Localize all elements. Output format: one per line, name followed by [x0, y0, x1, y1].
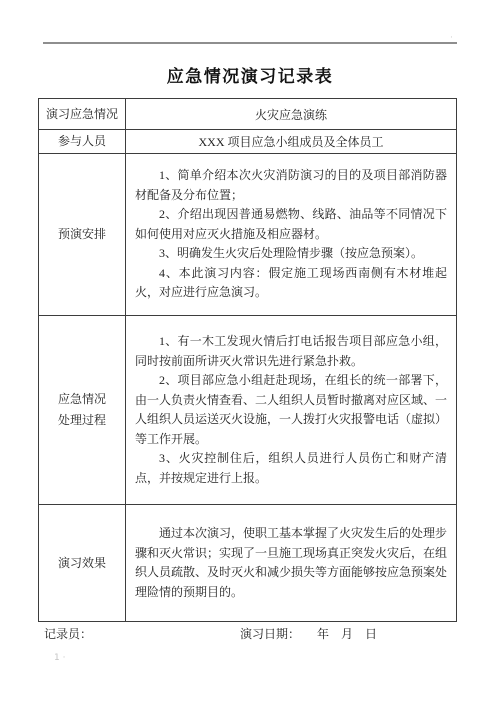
row-label-drill-effect: 演习效果	[39, 505, 126, 621]
drill-record-table: 演习应急情况 火灾应急演练 参与人员 XXX 项目应急小组成员及全体员工 预演安…	[38, 98, 457, 622]
rehearsal-plan-item-2: 2、介绍出现因普通易燃物、线路、油品等不同情况下如何使用对应灭火措施及相应器材。	[135, 205, 447, 244]
table-row-rehearsal-plan: 预演安排 1、简单介绍本次火灾消防演习的目的及项目部消防器材配备及分布位置； 2…	[39, 154, 456, 316]
row-value-participants: XXX 项目应急小组成员及全体员工	[126, 130, 456, 153]
date-ymd-placeholders: 年 月 日	[317, 625, 377, 642]
row-value-rehearsal-plan: 1、简单介绍本次火灾消防演习的目的及项目部消防器材配备及分布位置； 2、介绍出现…	[126, 154, 456, 315]
rehearsal-plan-item-4: 4、本此演习内容：假定施工现场西南侧有木材堆起火，对应进行应急演习。	[135, 264, 447, 303]
handling-process-item-1: 1、有一木工发现火情后打电话报告项目部应急小组，同时按前面所讲灭火常识先进行紧急…	[135, 332, 447, 371]
scan-artifact-page-mark: 1 ·	[54, 653, 65, 663]
row-value-drill-effect: 通过本次演习，使职工基本掌握了火灾发生后的处理步骤和灭火常识；实现了一旦施工现场…	[126, 505, 456, 621]
handling-process-item-2: 2、项目部应急小组赶赴现场，在组长的统一部署下，由一人负责火情查看、二人组织人员…	[135, 371, 447, 449]
page-title: 应急情况演习记录表	[0, 62, 500, 87]
scan-artifact-top: ·	[450, 33, 453, 43]
rehearsal-plan-item-3: 3、明确发生火灾后处理险情步骤（按应急预案）。	[135, 244, 447, 264]
rehearsal-plan-item-1: 1、简单介绍本次火灾消防演习的目的及项目部消防器材配备及分布位置；	[135, 166, 447, 205]
row-label-handling-process: 应急情况 处理过程	[39, 316, 126, 504]
row-label-participants: 参与人员	[39, 130, 126, 153]
document-page: · 应急情况演习记录表 演习应急情况 火灾应急演练 参与人员 XXX 项目应急小…	[0, 0, 500, 708]
drill-date-label: 演习日期：	[240, 625, 300, 642]
row-label-drill-type: 演习应急情况	[39, 99, 126, 129]
table-row-drill-type: 演习应急情况 火灾应急演练	[39, 99, 456, 130]
signature-line: 记录员： 演习日期： 年 月 日	[0, 625, 500, 643]
table-row-drill-effect: 演习效果 通过本次演习，使职工基本掌握了火灾发生后的处理步骤和灭火常识；实现了一…	[39, 505, 456, 621]
row-label-rehearsal-plan: 预演安排	[39, 154, 126, 315]
table-row-participants: 参与人员 XXX 项目应急小组成员及全体员工	[39, 130, 456, 154]
recorder-label: 记录员：	[44, 625, 92, 642]
handling-process-item-3: 3、火灾控制住后，组织人员进行人员伤亡和财产清点，并按规定进行上报。	[135, 449, 447, 488]
row-value-handling-process: 1、有一木工发现火情后打电话报告项目部应急小组，同时按前面所讲灭火常识先进行紧急…	[126, 316, 456, 504]
header-rule	[43, 42, 457, 44]
row-value-drill-type: 火灾应急演练	[126, 99, 456, 129]
table-row-handling-process: 应急情况 处理过程 1、有一木工发现火情后打电话报告项目部应急小组，同时按前面所…	[39, 316, 456, 505]
drill-effect-text: 通过本次演习，使职工基本掌握了火灾发生后的处理步骤和灭火常识；实现了一旦施工现场…	[135, 524, 447, 602]
